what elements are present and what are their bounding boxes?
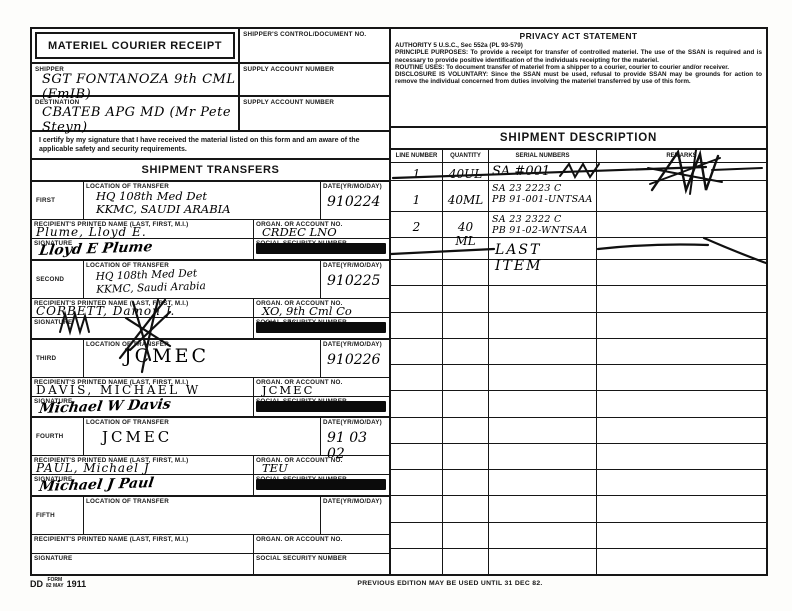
- date-value: 910226: [327, 352, 380, 368]
- scanned-form-page: MATERIEL COURIER RECEIPT SHIPPER'S CONTR…: [0, 0, 792, 611]
- form-number: 1911: [67, 579, 87, 589]
- destination-value: CBATEB APG MD (Mr Pete Steyn): [42, 105, 238, 135]
- transfer-block-fifth: FIFTH LOCATION OF TRANSFER DATE(YR/MO/DA…: [32, 497, 389, 574]
- ssn-cell: SOCIAL SECURITY NUMBER: [254, 239, 389, 259]
- col-remarks: REMARKS: [597, 150, 766, 162]
- transfer-block-second: SECOND LOCATION OF TRANSFER HQ 108th Med…: [32, 261, 389, 340]
- shipment-description-table: LINE NUMBER QUANTITY SERIAL NUMBERS REMA…: [391, 150, 766, 574]
- destination-row: DESTINATION CBATEB APG MD (Mr Pete Steyn…: [32, 97, 389, 132]
- table-empty-row: [391, 391, 766, 417]
- transfer-block-first: FIRST LOCATION OF TRANSFER HQ 108th Med …: [32, 182, 389, 261]
- table-empty-row: [391, 444, 766, 470]
- date-cell: DATE(YR/MO/DAY): [321, 497, 389, 534]
- table-row-struck: 1 40UL SA #001: [391, 163, 766, 181]
- location-cell: LOCATION OF TRANSFER JCMEC: [84, 340, 321, 377]
- date-cell: DATE(YR/MO/DAY) 910226: [321, 340, 389, 377]
- organ-cell: ORGAN. OR ACCOUNT NO. XO, 9th Cml Co (Fw…: [254, 299, 389, 317]
- left-pane: MATERIEL COURIER RECEIPT SHIPPER'S CONTR…: [30, 27, 390, 576]
- table-row: 1 40ML SA 23 2223 C PB 91-001-UNTSAA: [391, 181, 766, 212]
- recipient-value: CORBETT, Damon J.: [36, 304, 175, 318]
- organ-value: CRDEC LNO: [262, 225, 337, 239]
- organ-cell: ORGAN. OR ACCOUNT NO. JCMEC: [254, 378, 389, 396]
- supply-account-label: SUPPLY ACCOUNT NUMBER: [243, 66, 386, 73]
- signature-cell: SIGNATURE Michael W Davis: [32, 397, 254, 417]
- organ-value: TEU: [262, 461, 288, 475]
- date-cell: DATE(YR/MO/DAY) 910224: [321, 182, 389, 219]
- signature-cell: SIGNATURE: [32, 318, 254, 338]
- organ-cell: ORGAN. OR ACCOUNT NO.: [254, 535, 389, 553]
- table-empty-row: [391, 365, 766, 391]
- form-edition-date: 82 MAY: [46, 584, 64, 590]
- location-cell: LOCATION OF TRANSFER HQ 108th Med Det KK…: [84, 261, 321, 298]
- ordinal-label: FIFTH: [32, 497, 84, 534]
- supply-account-label: SUPPLY ACCOUNT NUMBER: [243, 99, 386, 106]
- table-row: 2 40 ML SA 23 2322 C PB 91-02-WNTSAA: [391, 212, 766, 238]
- location-value: JCMEC: [102, 431, 172, 444]
- organ-value: JCMEC: [262, 383, 314, 397]
- privacy-line-disclosure: DISCLOSURE IS VOLUNTARY: Since the SSAN …: [395, 71, 762, 86]
- supply-account-cell-1: SUPPLY ACCOUNT NUMBER: [238, 64, 389, 95]
- table-empty-row: [391, 339, 766, 365]
- ordinal-label: THIRD: [32, 340, 84, 377]
- table-empty-row: [391, 523, 766, 549]
- organ-cell: ORGAN. OR ACCOUNT NO. CRDEC LNO: [254, 220, 389, 238]
- ssn-redaction-bar: [256, 243, 386, 254]
- recipient-cell: RECIPIENT'S PRINTED NAME (LAST, FIRST, M…: [32, 535, 254, 553]
- privacy-line-authority: AUTHORITY 5 U.S.C., Sec 552a (PL 93-579): [395, 42, 762, 49]
- recipient-cell: RECIPIENT'S PRINTED NAME (LAST, FIRST, M…: [32, 220, 254, 238]
- transfer-block-third: THIRD LOCATION OF TRANSFER JCMEC DATE(YR…: [32, 340, 389, 419]
- transfer-block-fourth: FOURTH LOCATION OF TRANSFER JCMEC DATE(Y…: [32, 418, 389, 497]
- location-cell: LOCATION OF TRANSFER JCMEC: [84, 418, 321, 455]
- location-value: HQ 108th Med Det KKMC, Saudi Arabia: [96, 267, 206, 297]
- location-value: HQ 108th Med Det KKMC, SAUDI ARABIA: [96, 190, 231, 216]
- table-empty-row: [391, 286, 766, 312]
- form-number-block: DD FORM 82 MAY 1911: [30, 578, 86, 589]
- table-empty-row: [391, 313, 766, 339]
- form-footer: DD FORM 82 MAY 1911 PREVIOUS EDITION MAY…: [30, 578, 768, 589]
- form-title: MATERIEL COURIER RECEIPT: [35, 32, 235, 59]
- dd-form-1911: MATERIEL COURIER RECEIPT SHIPPER'S CONTR…: [30, 27, 768, 576]
- col-line-number: LINE NUMBER: [391, 150, 443, 162]
- ordinal-label: FOURTH: [32, 418, 84, 455]
- recipient-value: Plume, Lloyd E.: [36, 225, 147, 239]
- supply-account-cell-2: SUPPLY ACCOUNT NUMBER: [238, 97, 389, 130]
- destination-cell: DESTINATION CBATEB APG MD (Mr Pete Steyn…: [32, 97, 238, 130]
- col-serial-numbers: SERIAL NUMBERS: [489, 150, 597, 162]
- location-cell: LOCATION OF TRANSFER HQ 108th Med Det KK…: [84, 182, 321, 219]
- table-empty-row: [391, 470, 766, 496]
- col-quantity: QUANTITY: [443, 150, 489, 162]
- date-cell: DATE(YR/MO/DAY) 91 03 02: [321, 418, 389, 455]
- table-empty-row: [391, 418, 766, 444]
- previous-edition-note: PREVIOUS EDITION MAY BE USED UNTIL 31 DE…: [280, 580, 620, 587]
- shipper-cell: SHIPPER SGT FONTANOZA 9th CML (FmIB): [32, 64, 238, 95]
- shipment-description-title: SHIPMENT DESCRIPTION: [391, 128, 766, 150]
- right-pane: PRIVACY ACT STATEMENT AUTHORITY 5 U.S.C.…: [390, 27, 768, 576]
- date-value: 910224: [327, 194, 380, 210]
- signature-value: Lloyd E Plume: [38, 239, 153, 259]
- date-cell: DATE(YR/MO/DAY) 910225: [321, 261, 389, 298]
- ssn-redaction-bar: [256, 401, 386, 412]
- location-value: JCMEC: [124, 350, 209, 363]
- recipient-cell: RECIPIENT'S PRINTED NAME (LAST, FIRST, M…: [32, 299, 254, 317]
- recipient-value: PAUL, Michael J: [36, 461, 150, 475]
- ssn-cell: SOCIAL SECURITY NUMBER: [254, 475, 389, 495]
- table-row-last-item: LAST ITEM: [391, 238, 766, 260]
- table-header-row: LINE NUMBER QUANTITY SERIAL NUMBERS REMA…: [391, 150, 766, 163]
- privacy-act-title: PRIVACY ACT STATEMENT: [395, 31, 762, 41]
- signature-cell: SIGNATURE Lloyd E Plume: [32, 239, 254, 259]
- shipper-row: SHIPPER SGT FONTANOZA 9th CML (FmIB) SUP…: [32, 64, 389, 97]
- dd-prefix: DD: [30, 579, 43, 589]
- ordinal-label: SECOND: [32, 261, 84, 298]
- ordinal-label: FIRST: [32, 182, 84, 219]
- recipient-cell: RECIPIENT'S PRINTED NAME (LAST, FIRST, M…: [32, 378, 254, 396]
- ssn-cell: SOCIAL SECURITY NUMBER: [254, 554, 389, 574]
- table-empty-row: [391, 496, 766, 522]
- shippers-control-label: SHIPPER'S CONTROL/DOCUMENT NO.: [243, 31, 386, 38]
- ssn-redaction-bar: [256, 479, 386, 490]
- privacy-act-statement: PRIVACY ACT STATEMENT AUTHORITY 5 U.S.C.…: [391, 29, 766, 128]
- date-value: 910225: [327, 273, 380, 289]
- signature-value: Michael J Paul: [38, 475, 155, 495]
- header-row: MATERIEL COURIER RECEIPT SHIPPER'S CONTR…: [32, 29, 389, 64]
- ssn-cell: SOCIAL SECURITY NUMBER: [254, 318, 389, 338]
- ssn-cell: SOCIAL SECURITY NUMBER: [254, 397, 389, 417]
- ssn-redaction-bar: [256, 322, 386, 333]
- shipment-transfers-title: SHIPMENT TRANSFERS: [32, 160, 389, 182]
- signature-cell: SIGNATURE Michael J Paul: [32, 475, 254, 495]
- certification-text: I certify by my signature that I have re…: [32, 132, 389, 160]
- privacy-line-purposes: PRINCIPLE PURPOSES: To provide a receipt…: [395, 49, 762, 64]
- shippers-control-cell: SHIPPER'S CONTROL/DOCUMENT NO.: [238, 29, 389, 62]
- recipient-value: DAVIS, MICHAEL W: [36, 383, 201, 397]
- location-cell: LOCATION OF TRANSFER: [84, 497, 321, 534]
- table-empty-row: [391, 549, 766, 574]
- privacy-line-routine: ROUTINE USES: To document transfer of ma…: [395, 64, 762, 71]
- signature-cell: SIGNATURE: [32, 554, 254, 574]
- recipient-cell: RECIPIENT'S PRINTED NAME (LAST, FIRST, M…: [32, 456, 254, 474]
- organ-cell: ORGAN. OR ACCOUNT NO. TEU: [254, 456, 389, 474]
- table-empty-row: [391, 260, 766, 286]
